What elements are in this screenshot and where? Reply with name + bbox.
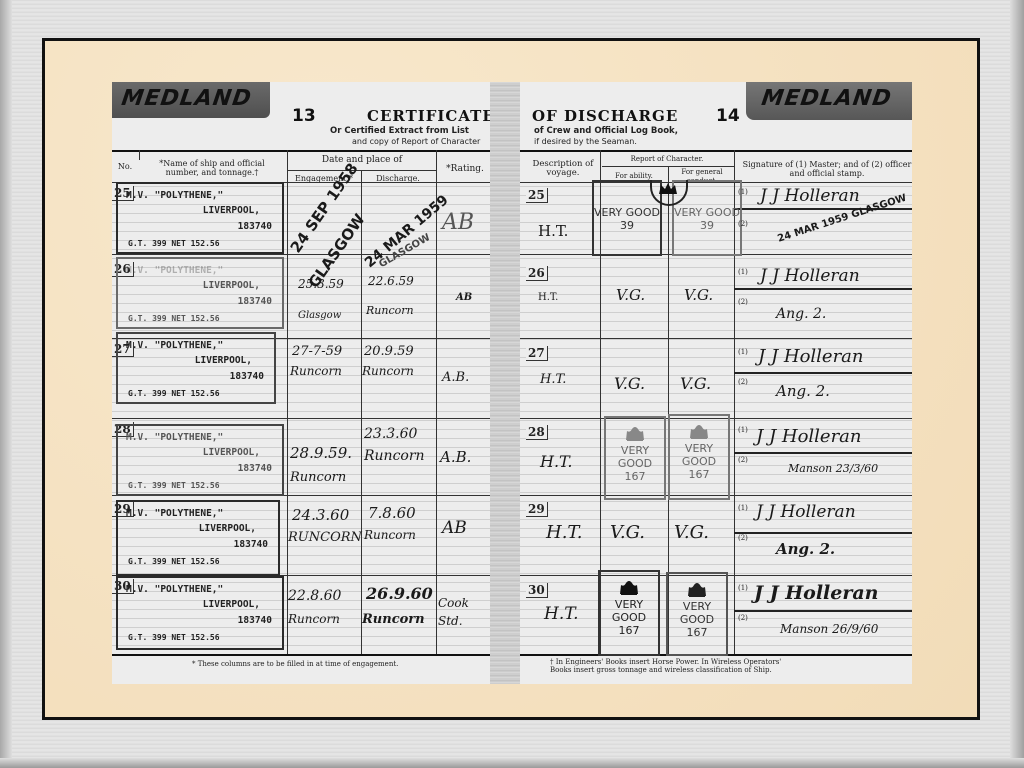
stamp-number: 167 (670, 468, 728, 481)
left-page: MEDLAND 13 CERTIFICATE Or Certified Extr… (112, 82, 492, 684)
row-number: 25 (526, 188, 548, 203)
character-stamp-ability: VERY GOOD 167 (604, 416, 666, 500)
conduct-grade: VERY GOOD (679, 442, 719, 468)
footnote-right: † In Engineers' Books insert Horse Power… (550, 658, 800, 674)
official-number: 183740 (238, 294, 272, 309)
discharge-place: Runcorn (364, 448, 425, 464)
ability-grade: V.G. (610, 522, 645, 543)
engagement-place: Runcorn (288, 612, 340, 626)
sig-label-2: (2) (738, 298, 748, 306)
officer-signature: Manson 23/3/60 (788, 462, 878, 475)
ship-name: M.V. "POLYTHENE," (126, 338, 223, 353)
row-number: 30 (526, 583, 548, 598)
sig-label-1: (1) (738, 188, 748, 196)
sig-label-1: (1) (738, 348, 748, 356)
ship-port: LIVERPOOL, (203, 278, 260, 293)
conduct-grade: V.G. (680, 374, 711, 393)
frame-edge-left (0, 0, 12, 768)
header-no: No. (114, 162, 136, 171)
tonnage: G.T. 399 NET 152.56 (128, 311, 220, 326)
rating: A.B. (442, 370, 469, 385)
discharge-date: 22.6.59 (368, 274, 414, 288)
header-signature: Signature of (1) Master; and of (2) offi… (742, 160, 912, 178)
header-voyage: Description of voyage. (528, 160, 598, 178)
signature-rule (734, 288, 912, 290)
ability-grade: VERY GOOD (594, 206, 660, 219)
name-tab-left: MEDLAND (112, 82, 270, 118)
header-report: Report of Character. (602, 155, 732, 164)
name-tab-right: MEDLAND (746, 82, 912, 120)
signature-rule (734, 610, 912, 612)
ship-port: LIVERPOOL, (199, 521, 256, 536)
voyage: H.T. (540, 372, 566, 387)
engagement-place: Runcorn (290, 364, 342, 378)
subheader-rule (288, 170, 436, 171)
col-divider (139, 150, 140, 160)
engagement-place: Runcorn (290, 470, 346, 485)
header-rule (112, 150, 492, 152)
engagement-place: RUNCORN (288, 530, 362, 545)
name-text: MEDLAND (744, 82, 912, 111)
conduct-grade: V.G. (684, 286, 713, 304)
ship-port: LIVERPOOL, (195, 353, 252, 368)
voyage: H.T. (546, 522, 583, 543)
ship-port: LIVERPOOL, (203, 203, 260, 218)
subtitle-line1-right: of Crew and Official Log Book, (534, 126, 678, 136)
ship-stamp: M.V. "POLYTHENE," LIVERPOOL, 183740 G.T.… (116, 182, 284, 254)
voyage: H.T. (540, 452, 572, 471)
official-number: 183740 (238, 613, 272, 628)
page-number-left: 13 (292, 106, 316, 126)
official-number: 183740 (234, 537, 268, 552)
page-number-right: 14 (716, 106, 740, 126)
subtitle-line2-right: if desired by the Seaman. (534, 137, 637, 146)
voyage: H.T. (538, 292, 558, 303)
discharge-place: Runcorn (366, 304, 414, 317)
ship-name: M.V. "POLYTHENE," (126, 430, 223, 445)
engagement-date: 27-7-59 (292, 344, 342, 359)
officer-signature: Manson 26/9/60 (780, 622, 878, 636)
book-spine (490, 82, 522, 684)
official-number: 183740 (238, 461, 272, 476)
sig-label-1: (1) (738, 426, 748, 434)
row-divider (112, 418, 492, 419)
discharge-date: 20.9.59 (364, 344, 414, 359)
official-number: 183740 (230, 369, 264, 384)
ship-stamp: M.V. "POLYTHENE," LIVERPOOL, 183740 G.T.… (116, 500, 280, 576)
sig-label-1: (1) (738, 584, 748, 592)
tonnage: G.T. 399 NET 152.56 (128, 630, 220, 645)
stamp-number: 167 (606, 470, 664, 483)
ship-name: M.V. "POLYTHENE," (126, 188, 223, 203)
sig-label-2: (2) (738, 534, 748, 542)
official-number: 183740 (238, 219, 272, 234)
subtitle-line2-left: and copy of Report of Character (352, 137, 480, 146)
row-number: 28 (526, 425, 548, 440)
rating: Cook Std. (438, 594, 478, 630)
tonnage: G.T. 399 NET 152.56 (128, 236, 220, 251)
ship-name: M.V. "POLYTHENE," (126, 263, 223, 278)
header-date-place: Date and place of (292, 156, 432, 165)
character-stamp-conduct: VERY GOOD 167 (666, 572, 728, 656)
crown-icon (686, 580, 708, 598)
col-divider (361, 170, 362, 654)
sig-label-2: (2) (738, 456, 748, 464)
ability-grade: V.G. (614, 374, 645, 393)
header-ship: *Name of ship and official number, and t… (142, 159, 282, 177)
table-bottom (112, 654, 492, 656)
engagement-place: Glasgow (298, 310, 341, 321)
signature-rule (734, 452, 912, 454)
discharge-place: Runcorn (364, 528, 416, 542)
page-title-left: CERTIFICATE (367, 107, 492, 125)
discharge-place: Runcorn (362, 364, 414, 378)
crown-icon (688, 422, 710, 440)
discharge-date: 23.3.60 (364, 426, 417, 442)
ability-grade: V.G. (616, 286, 645, 304)
frame-edge-bottom (0, 758, 1024, 768)
conduct-grade: VERY GOOD (674, 206, 740, 219)
row-number: 29 (526, 502, 548, 517)
sig-label-2: (2) (738, 220, 748, 228)
voyage: H.T. (538, 222, 568, 240)
footnote-left: * These columns are to be filled in at t… (192, 660, 398, 668)
ship-name: M.V. "POLYTHENE," (126, 506, 223, 521)
discharge-date: 26.9.60 (366, 584, 433, 603)
master-signature: J J Holleran (760, 266, 860, 286)
ability-grade: VERY GOOD (609, 598, 649, 624)
master-signature: J J Holleran (756, 426, 862, 447)
stamp-number: 39 (594, 219, 660, 232)
signature-rule (734, 532, 912, 534)
stamp-number: 167 (600, 624, 658, 637)
col-divider (287, 150, 288, 654)
conduct-grade: VERY GOOD (677, 600, 717, 626)
conduct-grade: V.G. (674, 522, 709, 543)
ship-stamp: M.V. "POLYTHENE," LIVERPOOL, 183740 G.T.… (116, 576, 284, 650)
officer-signature: Ang. 2. (776, 382, 830, 400)
tonnage: G.T. 399 NET 152.56 (128, 386, 220, 401)
ship-stamp: M.V. "POLYTHENE," LIVERPOOL, 183740 G.T.… (116, 424, 284, 496)
voyage: H.T. (544, 604, 578, 624)
subtitle-line1-left: Or Certified Extract from List (330, 126, 469, 136)
character-stamp-ability: VERY GOOD 167 (598, 570, 660, 656)
stamp-number: 167 (668, 626, 726, 639)
header-rule (520, 150, 912, 152)
col-divider (436, 150, 437, 654)
sig-label-2: (2) (738, 378, 748, 386)
rating: A.B. (440, 448, 471, 466)
ship-stamp: M.V. "POLYTHENE," LIVERPOOL, 183740 G.T.… (116, 332, 276, 404)
rating: AB (442, 518, 467, 538)
ship-name: M.V. "POLYTHENE," (126, 582, 223, 597)
engagement-date: 22.8.60 (288, 588, 341, 604)
crown-icon (618, 578, 640, 596)
rating: AB (442, 210, 474, 235)
rating: AB (456, 292, 472, 303)
right-page: MEDLAND OF DISCHARGE 14 of Crew and Offi… (520, 82, 912, 684)
officer-signature: Ang. 2. (776, 306, 826, 322)
discharge-place: Runcorn (362, 612, 425, 627)
tonnage: G.T. 399 NET 152.56 (128, 478, 220, 493)
officer-signature: Ang. 2. (776, 540, 835, 558)
signature-rule (734, 372, 912, 374)
discharge-date: 7.8.60 (368, 504, 416, 522)
row-number: 26 (526, 266, 548, 281)
ability-grade: VERY GOOD (615, 444, 655, 470)
sig-label-2: (2) (738, 614, 748, 622)
engagement-date: 25.3.59 (298, 277, 344, 291)
ship-stamp: M.V. "POLYTHENE," LIVERPOOL, 183740 G.T.… (116, 257, 284, 329)
stamp-number: 39 (674, 219, 740, 232)
name-text: MEDLAND (112, 82, 272, 111)
row-number: 27 (526, 346, 548, 361)
master-signature: J J Holleran (760, 186, 860, 206)
frame-edge-right (1010, 0, 1024, 768)
engagement-date: 24.3.60 (292, 506, 349, 524)
page-title-right: OF DISCHARGE (532, 107, 678, 125)
engagement-date: 28.9.59. (290, 444, 352, 462)
tonnage: G.T. 399 NET 152.56 (128, 554, 220, 569)
sig-label-1: (1) (738, 504, 748, 512)
master-signature: J J Holleran (758, 346, 864, 367)
master-signature: J J Holleran (756, 502, 856, 522)
ship-port: LIVERPOOL, (203, 597, 260, 612)
sig-label-1: (1) (738, 268, 748, 276)
character-stamp-conduct: VERY GOOD 167 (668, 414, 730, 500)
master-signature: J J Holleran (754, 582, 879, 604)
ship-port: LIVERPOOL, (203, 445, 260, 460)
row-divider (520, 338, 912, 339)
header-rating: *Rating. (438, 165, 492, 174)
crown-icon (624, 424, 646, 442)
